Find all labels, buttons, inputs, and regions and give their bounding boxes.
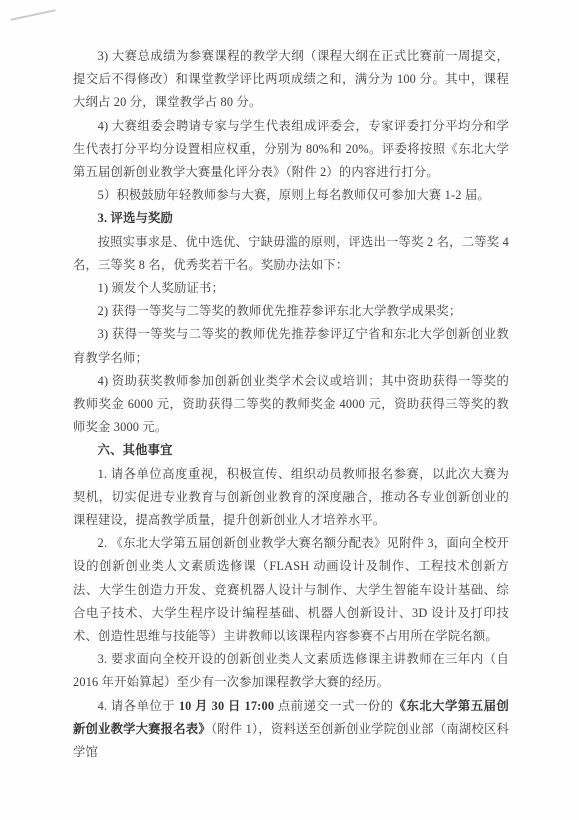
text-run: 1) 颁发个人奖励证书； [98, 281, 224, 295]
list-item-rule-4: 4) 大赛组委会聘请专家与学生代表组成评委会，专家评委打分平均分和学生代表打分平… [73, 115, 509, 185]
text-run: 4) 资助获奖教师参加创新创业类学术会议或培训；其中资助获得一等奖的教师奖金 6… [73, 374, 509, 434]
heading-text: 3. 评选与奖励 [98, 211, 173, 225]
document-body: 3) 大赛总成绩为参赛课程的教学大纲（课程大纲在正式比赛前一周提交，提交后不得修… [73, 45, 509, 764]
list-item-rule-3: 3) 大赛总成绩为参赛课程的教学大纲（课程大纲在正式比赛前一周提交，提交后不得修… [73, 45, 509, 115]
list-item-other-2: 2. 《东北大学第五届创新创业教学大赛名额分配表》见附件 3，面向全校开设的创新… [73, 532, 509, 648]
text-run: 2. 《东北大学第五届创新创业教学大赛名额分配表》见附件 3，面向全校开设的创新… [73, 536, 509, 643]
text-run: 4) 大赛组委会聘请专家与学生代表组成评委会，专家评委打分平均分和学生代表打分平… [73, 119, 509, 179]
text-run: 3) 大赛总成绩为参赛课程的教学大纲（课程大纲在正式比赛前一周提交，提交后不得修… [73, 49, 509, 109]
text-run: 3. 要求面向全校开设的创新创业类人文素质选修课主讲教师在三年内（自 2016 … [73, 652, 509, 689]
text-run: 按照实事求是、优中选优、宁缺毋滥的原则，评选出一等奖 2 名，二等奖 4 名，三… [73, 235, 509, 272]
text-run: 3) 获得一等奖与二等奖的教师优先推荐参评辽宁省和东北大学创新创业教育教学名师； [73, 327, 509, 364]
text-run: 4. 请各单位于 [98, 699, 179, 713]
text-run: 点前递交一式一份的 [274, 699, 393, 713]
text-run: 1. 请各单位高度重视，积极宣传、组织动员教师报名参赛，以此次大赛为契机，切实促… [73, 467, 509, 527]
paragraph-awards-intro: 按照实事求是、优中选优、宁缺毋滥的原则，评选出一等奖 2 名，二等奖 4 名，三… [73, 231, 509, 277]
section-heading-other: 六、其他事宜 [73, 439, 509, 462]
list-item-rule-5: 5）积极鼓励年轻教师参与大赛，原则上每名教师仅可参加大赛 1-2 届。 [73, 184, 509, 207]
list-item-award-2: 2) 获得一等奖与二等奖的教师优先推荐参评东北大学教学成果奖； [73, 300, 509, 323]
list-item-other-1: 1. 请各单位高度重视，积极宣传、组织动员教师报名参赛，以此次大赛为契机，切实促… [73, 463, 509, 533]
list-item-award-4: 4) 资助获奖教师参加创新创业类学术会议或培训；其中资助获得一等奖的教师奖金 6… [73, 370, 509, 440]
scanned-document-page: 3) 大赛总成绩为参赛课程的教学大纲（课程大纲在正式比赛前一周提交，提交后不得修… [0, 0, 579, 820]
deadline-text: 10 月 30 日 17:00 [179, 699, 274, 713]
list-item-award-1: 1) 颁发个人奖励证书； [73, 277, 509, 300]
text-run: 5）积极鼓励年轻教师参与大赛，原则上每名教师仅可参加大赛 1-2 届。 [98, 188, 490, 202]
list-item-award-3: 3) 获得一等奖与二等奖的教师优先推荐参评辽宁省和东北大学创新创业教育教学名师； [73, 323, 509, 369]
heading-text: 六、其他事宜 [98, 443, 173, 457]
list-item-other-3: 3. 要求面向全校开设的创新创业类人文素质选修课主讲教师在三年内（自 2016 … [73, 648, 509, 694]
section-heading-awards: 3. 评选与奖励 [73, 207, 509, 230]
list-item-other-4: 4. 请各单位于 10 月 30 日 17:00 点前递交一式一份的《东北大学第… [73, 695, 509, 765]
scan-artifact-line [10, 9, 55, 20]
text-run: 2) 获得一等奖与二等奖的教师优先推荐参评东北大学教学成果奖； [98, 304, 462, 318]
